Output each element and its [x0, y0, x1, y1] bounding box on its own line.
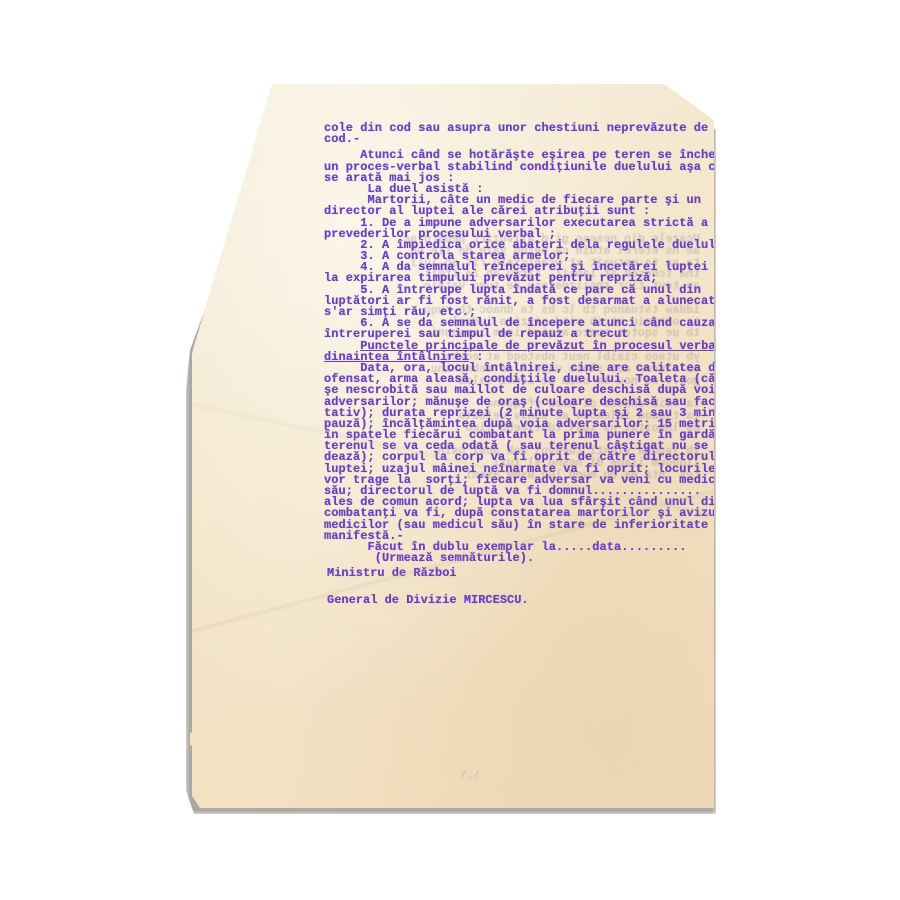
text-line: 3. A controla starea armelor; — [324, 251, 724, 262]
text-line: prevederilor procesului verbal ; — [324, 229, 724, 240]
text-line: în spatele fiecărui combatant la prima p… — [324, 430, 724, 441]
photo-stage: Ucazele din nesese gi d alivuzirt peusru… — [0, 0, 900, 900]
text-line: vor trage la sorţi; fiecare adversar va … — [324, 475, 724, 486]
text-line: ales de comun acord; lupta va lua sfârşi… — [324, 497, 724, 508]
text-line: (Urmează semnăturile). — [324, 553, 724, 564]
text-line: s'ar simţi rău, etc.; — [324, 307, 724, 318]
text-line: şe nescrobită sau maillot de culoare des… — [324, 385, 724, 396]
text-line: dează); corpul la corp va fi oprit de că… — [324, 452, 724, 463]
text-line: manifestă.- — [324, 531, 724, 542]
text-line: luptei; uzajul mâinei neînarmate va fi o… — [324, 464, 724, 475]
heading-text: Punctele principale de prevăzut în proce… — [360, 339, 730, 353]
typewritten-page: Ucazele din nesese gi d alivuzirt peusru… — [190, 84, 714, 808]
text-line: se arată mai jos : — [324, 173, 724, 184]
text-line: pauză); încălţămintea după voia adversar… — [324, 419, 724, 430]
text-line: terenul se va ceda odată ( sau terenul c… — [324, 441, 724, 452]
bleed-through-text: Ucazele din nesese gi d alivuzirt peusru… — [250, 234, 700, 482]
text-line: Făcut în dublu exemplar la.....data.....… — [324, 542, 724, 553]
text-line: la expirarea timpului prevăzut pentru re… — [324, 273, 724, 284]
text-line: întreruperei sau timpul de repauz a trec… — [324, 329, 724, 340]
text-line: 5. A întrerupe lupta îndată ce pare că u… — [324, 285, 724, 296]
text-line: ofensat, arma aleasă, condiţiile duelulu… — [324, 374, 724, 385]
text-line: 6. A se da semnalul de începere atunci c… — [324, 318, 724, 329]
text-line: 1. De a impune adversarilor executarea s… — [324, 218, 724, 229]
text-line: un proces-verbal stabilind condiţiunile … — [324, 162, 724, 173]
line-gap — [324, 145, 724, 150]
text-line: 4. A da semnalul reînceperei şi încetăre… — [324, 262, 724, 273]
signature-title: Ministru de Război — [327, 566, 457, 580]
signature-name: General de Divizie MIRCESCU. — [327, 593, 529, 607]
text-line: 2. A împiedica orice abateri dela regule… — [324, 240, 724, 251]
text-line: cole din cod sau asupra unor chestiuni n… — [324, 123, 724, 134]
text-line: Data, ora, locul întâlnirei, cine are ca… — [324, 363, 724, 374]
text-line: adversarilor; mănuşe de oraş (culoare de… — [324, 397, 724, 408]
heading-colon: : — [469, 350, 484, 364]
document-body: cole din cod sau asupra unor chestiuni n… — [324, 123, 724, 564]
text-line: său; directorul de luptă va fi domnul...… — [324, 486, 724, 497]
text-line: director al luptei ale cărei atribuţii s… — [324, 206, 724, 217]
text-line: Atunci când se hotărăşte eşirea pe teren… — [324, 150, 724, 161]
text-line: tativ); durata reprizei (2 minute lupta … — [324, 408, 724, 419]
page-mark: /./ — [460, 770, 480, 782]
text-line: cod.- — [324, 134, 724, 145]
text-line: La duel asistă : — [324, 184, 724, 195]
text-line: Martorii, câte un medic de fiecare parte… — [324, 195, 724, 206]
text-line: combatanţi va fi, după constatarea marto… — [324, 508, 724, 519]
section-heading: Punctele principale de prevăzut în proce… — [324, 341, 724, 352]
heading-text: dinaintea întâlnirei — [324, 350, 469, 364]
section-heading-cont: dinaintea întâlnirei : — [324, 352, 724, 363]
text-line: medicilor (sau medicul său) în stare de … — [324, 520, 724, 531]
text-line: luptători ar fi fost rănit, a fost desar… — [324, 296, 724, 307]
